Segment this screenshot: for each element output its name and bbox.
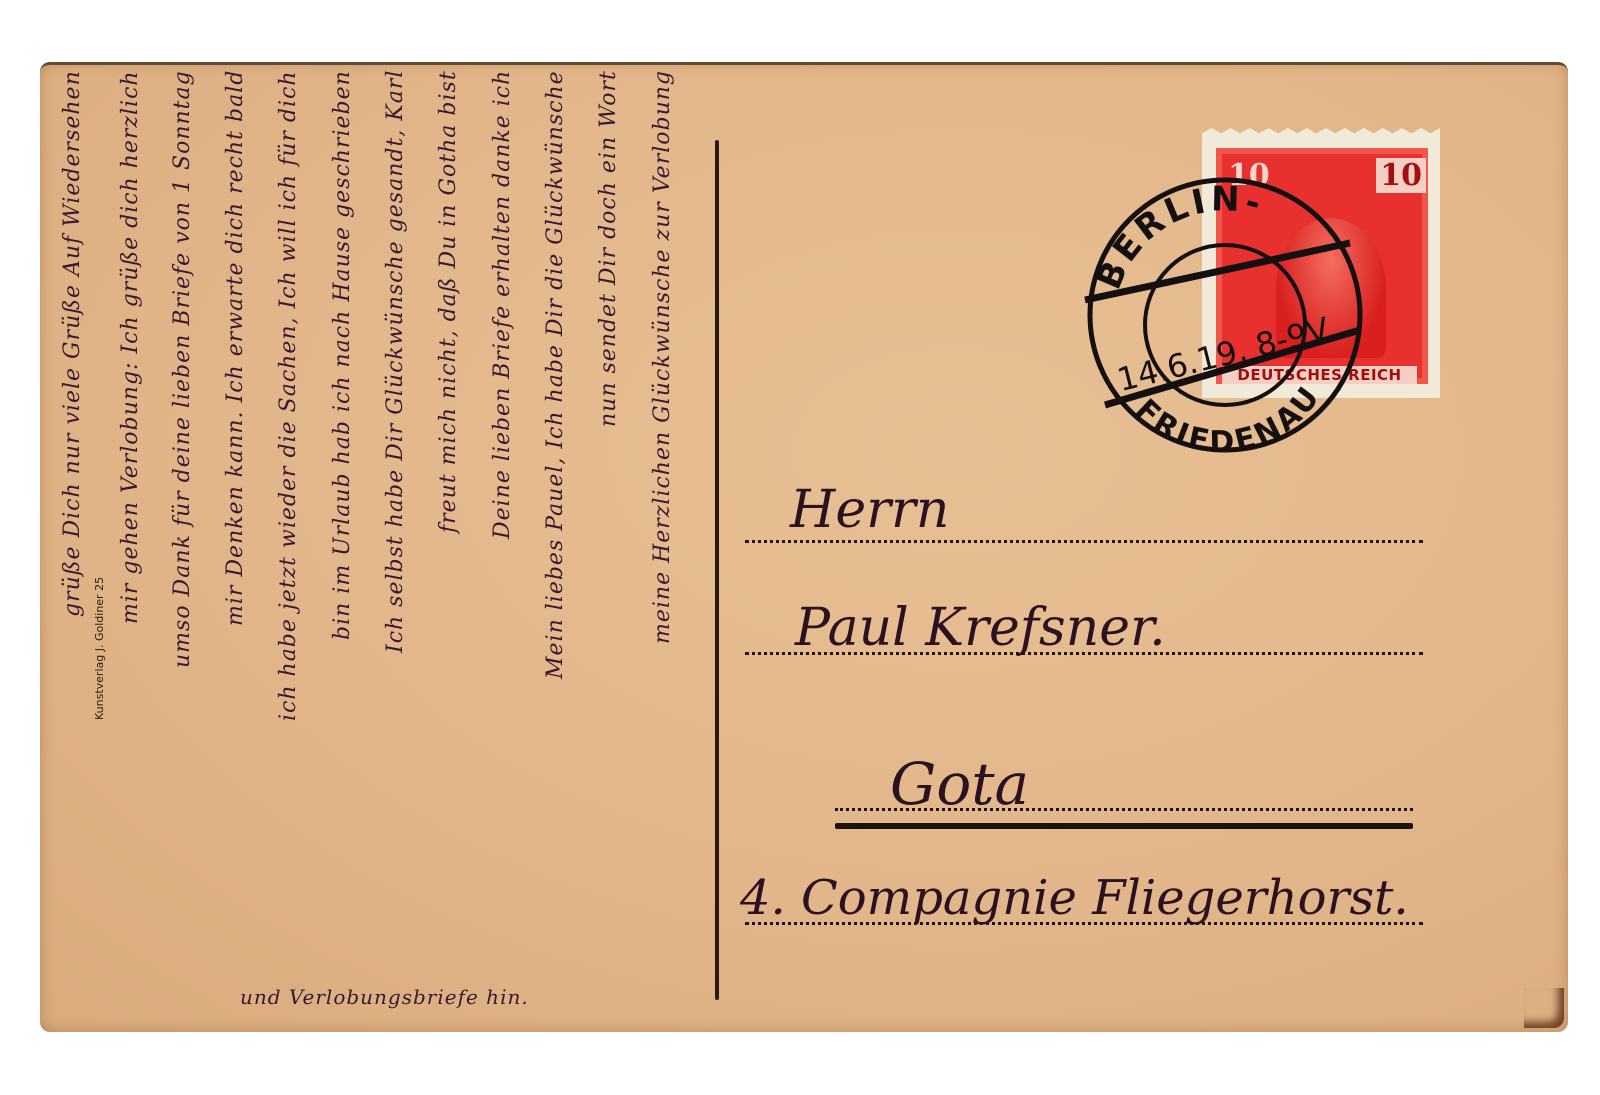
message-line: ich habe jetzt wieder die Sachen, Ich wi…: [276, 70, 301, 950]
message-line: meine Herzlichen Glückwünsche zur Verlob…: [650, 70, 675, 950]
stamp-value-right: 10: [1376, 158, 1426, 193]
message-line: Ich selbst habe Dir Glückwünsche gesandt…: [383, 70, 408, 950]
address-line-1: [745, 540, 1423, 543]
message-line: freut mich nicht, daß Du in Gotha bist: [436, 70, 461, 950]
message-line: Deine lieben Briefe erhalten danke ich: [490, 70, 515, 950]
postmark-cancel: BERLIN- FRIEDENAU 1 14.6.19. 8-9V.: [1075, 165, 1375, 455]
worn-corner: [1524, 988, 1564, 1028]
message-line: grüße Dich nur viele Grüße Auf Wiederseh…: [60, 70, 85, 950]
message-line: bin im Urlaub hab ich nach Hause geschri…: [330, 70, 355, 950]
message-line: nun sendet Dir doch ein Wort: [596, 70, 621, 950]
recipient-city: Gota: [890, 750, 1029, 818]
city-underline: [835, 823, 1413, 829]
message-line: mir gehen Verlobung: Ich grüße dich herz…: [118, 70, 143, 950]
message-footer-line: und Verlobungsbriefe hin.: [240, 985, 529, 1009]
message-line: Mein liebes Pauel, Ich habe Dir die Glüc…: [543, 70, 568, 950]
message-line: umso Dank für deine lieben Briefe von 1 …: [170, 70, 195, 950]
recipient-name: Paul Krefsner.: [795, 598, 1166, 658]
message-line: mir Denken kann. Ich erwarte dich recht …: [223, 70, 248, 950]
recipient-unit: 4. Compagnie Fliegerhorst.: [740, 870, 1409, 926]
address-salutation: Herrn: [790, 480, 949, 540]
handwritten-message: grüße Dich nur viele Grüße Auf Wiederseh…: [40, 70, 720, 1000]
printer-mark: Kunstverlag J. Goldiner 25: [93, 570, 106, 720]
card-divider: [715, 140, 719, 1000]
